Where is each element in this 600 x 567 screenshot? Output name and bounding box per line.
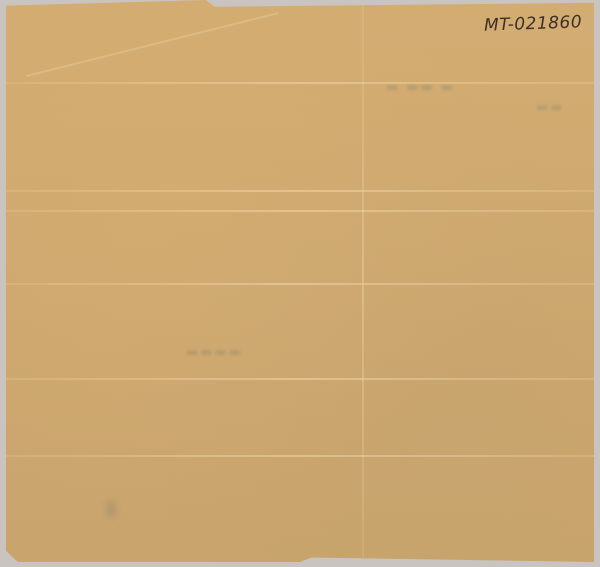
fold-line — [6, 82, 594, 84]
fold-line — [6, 283, 594, 285]
bleed-through-text: ▬ ▬▬ ▬ — [386, 80, 455, 95]
fold-line-vertical — [362, 0, 364, 562]
fold-line — [6, 378, 594, 380]
fold-line — [6, 455, 594, 457]
crease — [26, 12, 279, 77]
ink-smudge — [106, 500, 116, 518]
bleed-through-text: ▬▬ — [536, 100, 565, 115]
paper-sheet: ▬ ▬▬ ▬ ▬▬ ▬▬▬▬ — [6, 0, 594, 562]
fold-line — [6, 210, 594, 212]
bleed-through-text: ▬▬▬▬ — [186, 345, 243, 360]
fold-line — [6, 190, 594, 192]
catalog-number: MT-021860 — [484, 12, 583, 35]
